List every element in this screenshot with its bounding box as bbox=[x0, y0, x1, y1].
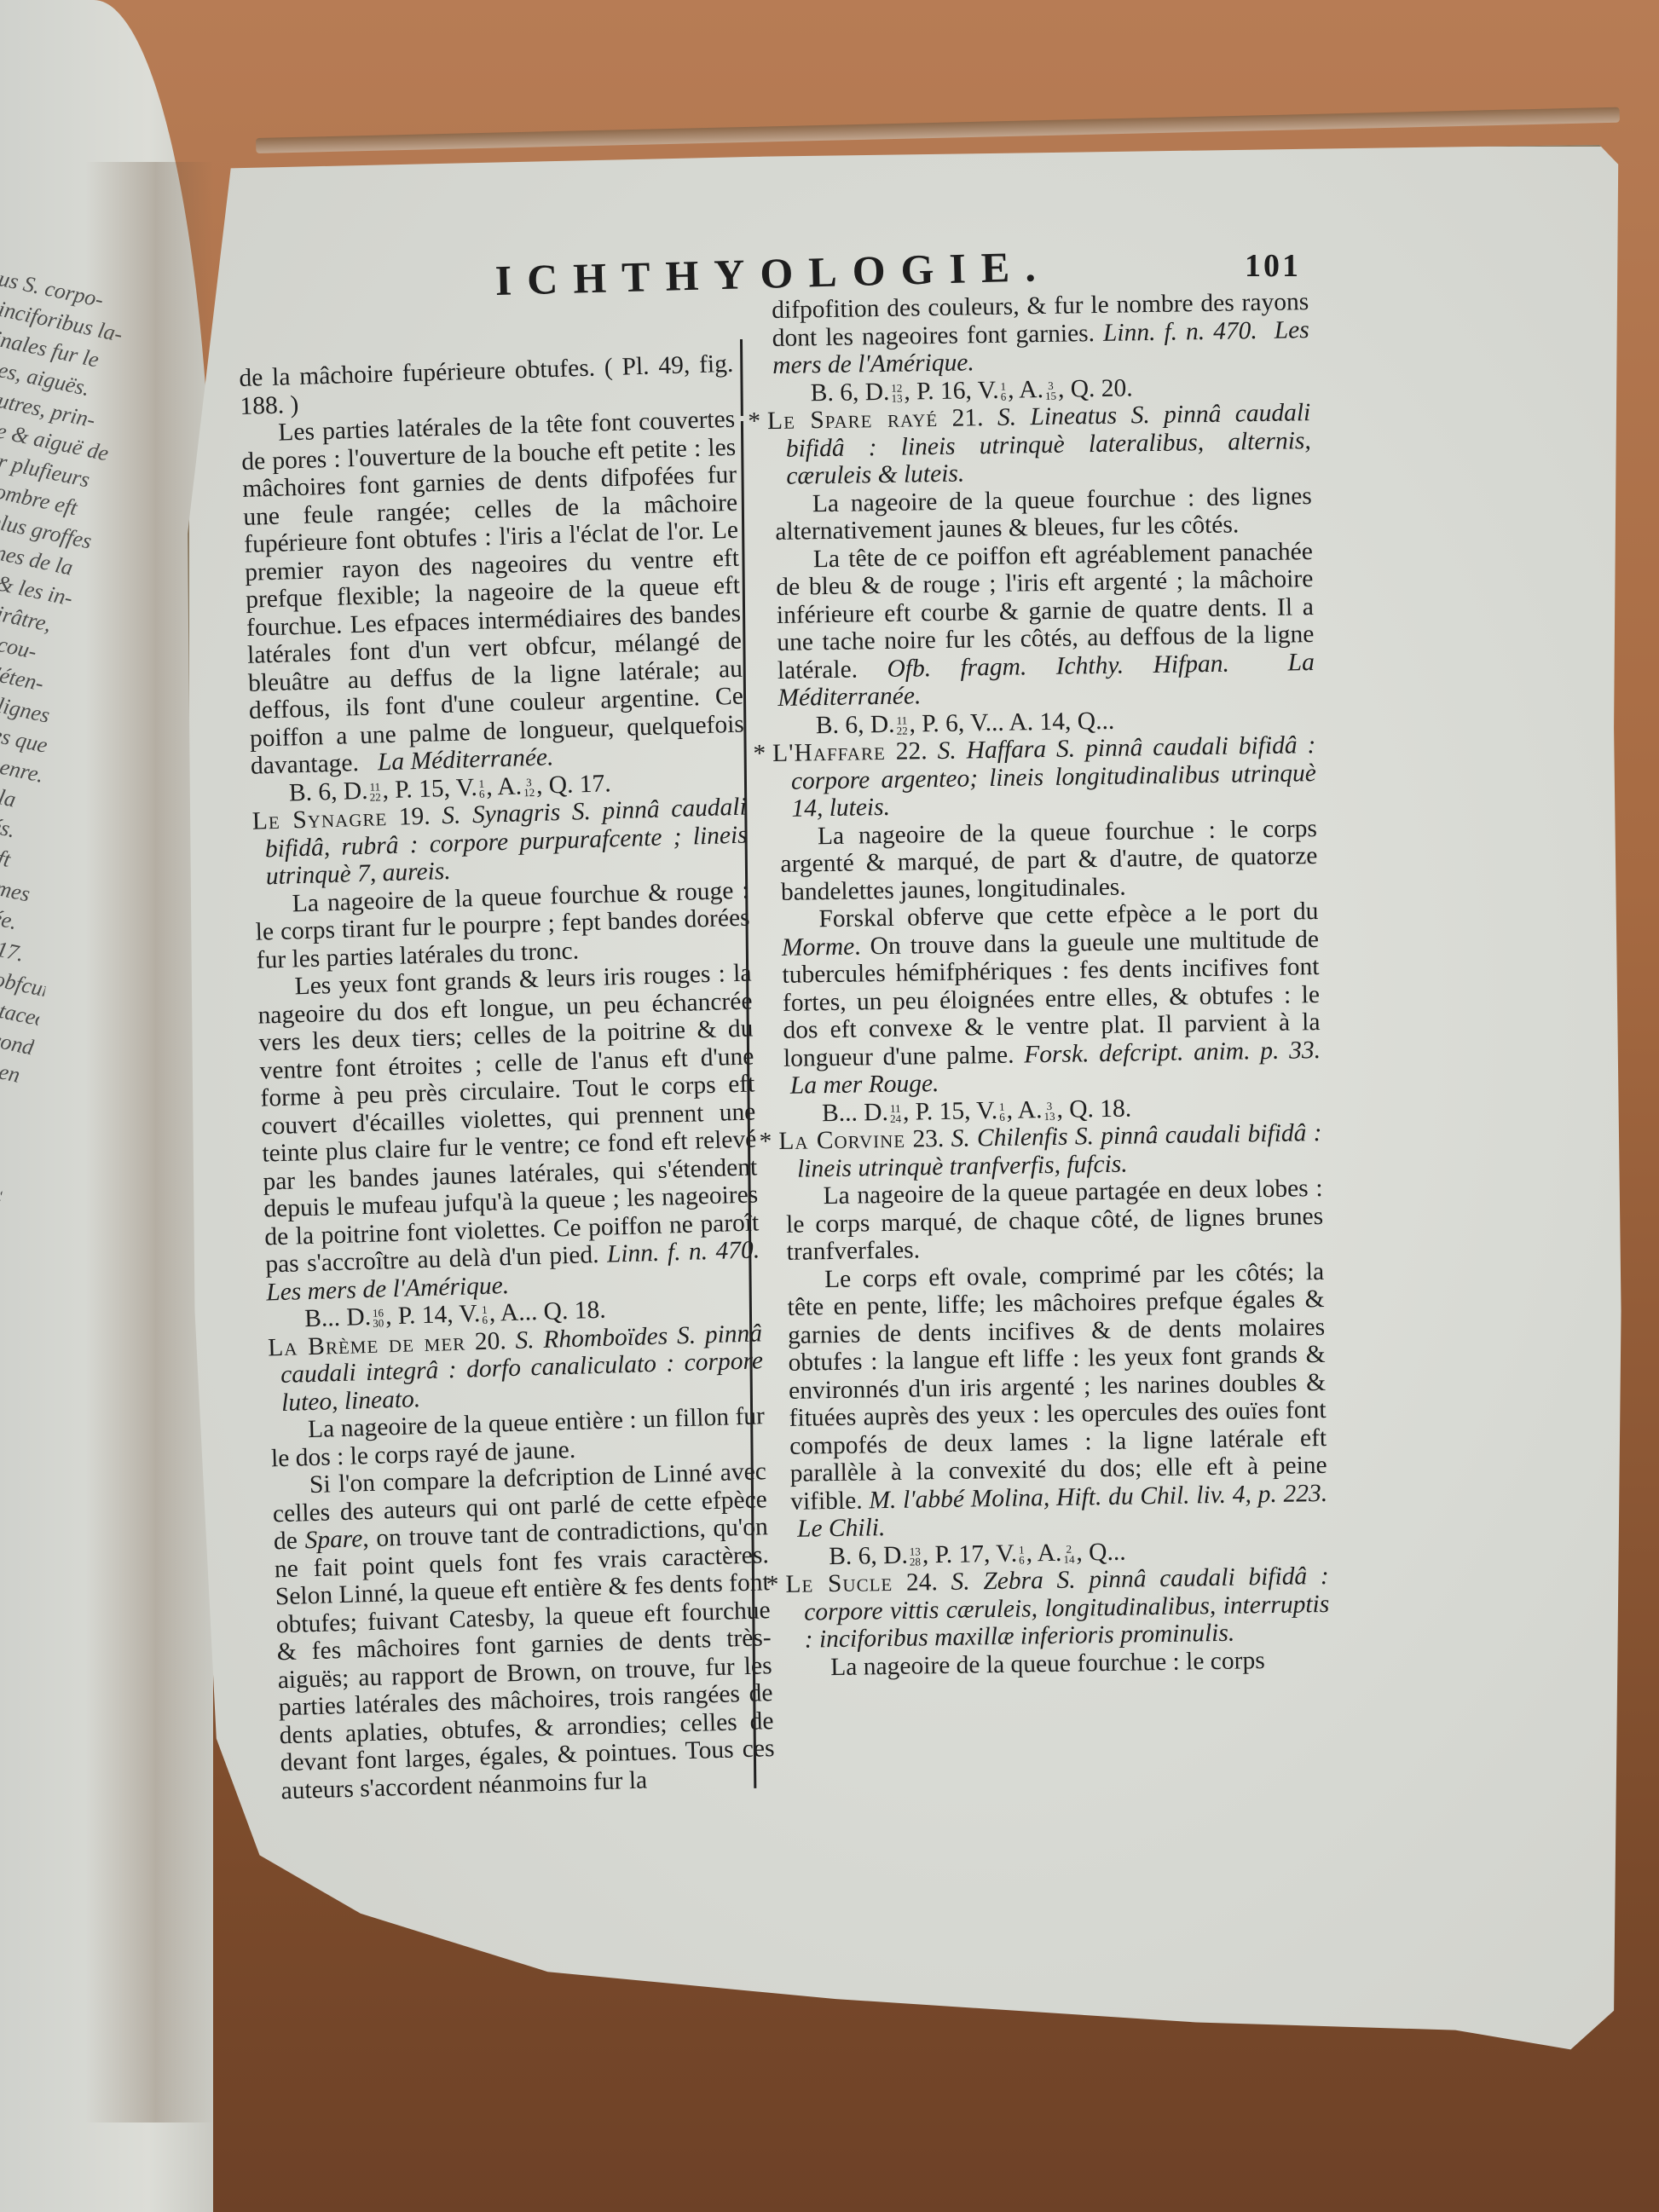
species-entry-22: *L'Haffare 22. S. Haffara S. pinnâ cauda… bbox=[778, 731, 1316, 823]
fraction: 1213 bbox=[891, 383, 902, 403]
fraction: 1124 bbox=[890, 1103, 901, 1123]
page-number: 101 bbox=[1245, 247, 1301, 285]
paragraph: Si l'on compare la defcription de Linné … bbox=[272, 1458, 776, 1805]
species-name: La Corvine bbox=[778, 1126, 905, 1155]
species-entry-19: Le Synagre 19. S. Synagris S. pinnâ caud… bbox=[251, 794, 749, 892]
paragraph: La tête de ce poiffon eft agréablement p… bbox=[776, 538, 1315, 713]
species-name: L'Haffare bbox=[772, 738, 886, 767]
paragraph: La nageoire de la queue fourchue : le co… bbox=[780, 815, 1318, 906]
fraction: 1122 bbox=[369, 782, 381, 802]
fraction: 313 bbox=[1043, 1101, 1055, 1122]
fraction: 312 bbox=[523, 777, 535, 798]
asterisk-icon: * bbox=[748, 407, 760, 435]
asterisk-icon: * bbox=[753, 740, 766, 767]
fraction: 214 bbox=[1063, 1544, 1074, 1564]
fraction: 1122 bbox=[896, 715, 907, 736]
locality: La Méditerranée. bbox=[378, 743, 554, 776]
page-top-edge bbox=[256, 107, 1620, 153]
species-entry-24: *Le Sucle 24. S. Zebra S. pinnâ caudali … bbox=[791, 1562, 1329, 1654]
fraction: 1630 bbox=[373, 1308, 384, 1329]
fraction: 315 bbox=[1045, 381, 1056, 401]
right-column: difpofition des couleurs, & fur le nombr… bbox=[772, 288, 1330, 1682]
paragraph: difpofition des couleurs, & fur le nombr… bbox=[772, 288, 1309, 379]
fraction: 16 bbox=[1000, 381, 1006, 401]
paragraph: La nageoire de la queue fourchue : des l… bbox=[775, 482, 1313, 546]
fraction: 16 bbox=[478, 778, 484, 799]
asterisk-icon: * bbox=[766, 1571, 778, 1598]
fraction: 16 bbox=[482, 1305, 488, 1325]
fraction: 16 bbox=[1019, 1545, 1025, 1565]
species-name: Le Sucle bbox=[785, 1569, 893, 1598]
species-entry-21: *Le Spare rayé 21. S. Lineatus S. pinnâ … bbox=[773, 399, 1311, 490]
paragraph: Le corps eft ovale, comprimé par les côt… bbox=[787, 1257, 1328, 1543]
fraction: 16 bbox=[999, 1102, 1005, 1123]
paragraph: Forskal obferve que cette efpèce a le po… bbox=[781, 898, 1321, 1100]
locality: Le Chili. bbox=[797, 1514, 886, 1543]
paragraph: Les yeux font grands & leurs iris rouges… bbox=[257, 959, 760, 1306]
left-column: de la mâchoire fupérieure obtufes. ( Pl.… bbox=[239, 350, 776, 1805]
species-entry-20: La Brème de mer 20. S. Rhomboïdes S. pin… bbox=[268, 1320, 765, 1418]
species-name: Le Synagre bbox=[251, 804, 387, 835]
paragraph: La nageoire de la queue fourchue & rouge… bbox=[254, 876, 751, 974]
species-entry-23: *La Corvine 23. S. Chilenfis S. pinnâ ca… bbox=[784, 1119, 1322, 1183]
paragraph: La nageoire de la queue partagée en deux… bbox=[785, 1175, 1323, 1266]
species-name: Le Spare rayé bbox=[767, 405, 939, 435]
locality: La mer Rouge. bbox=[790, 1070, 939, 1100]
asterisk-icon: * bbox=[759, 1128, 772, 1155]
fraction: 1328 bbox=[910, 1546, 921, 1567]
paragraph: Les parties latérales de la tête font co… bbox=[240, 406, 745, 781]
